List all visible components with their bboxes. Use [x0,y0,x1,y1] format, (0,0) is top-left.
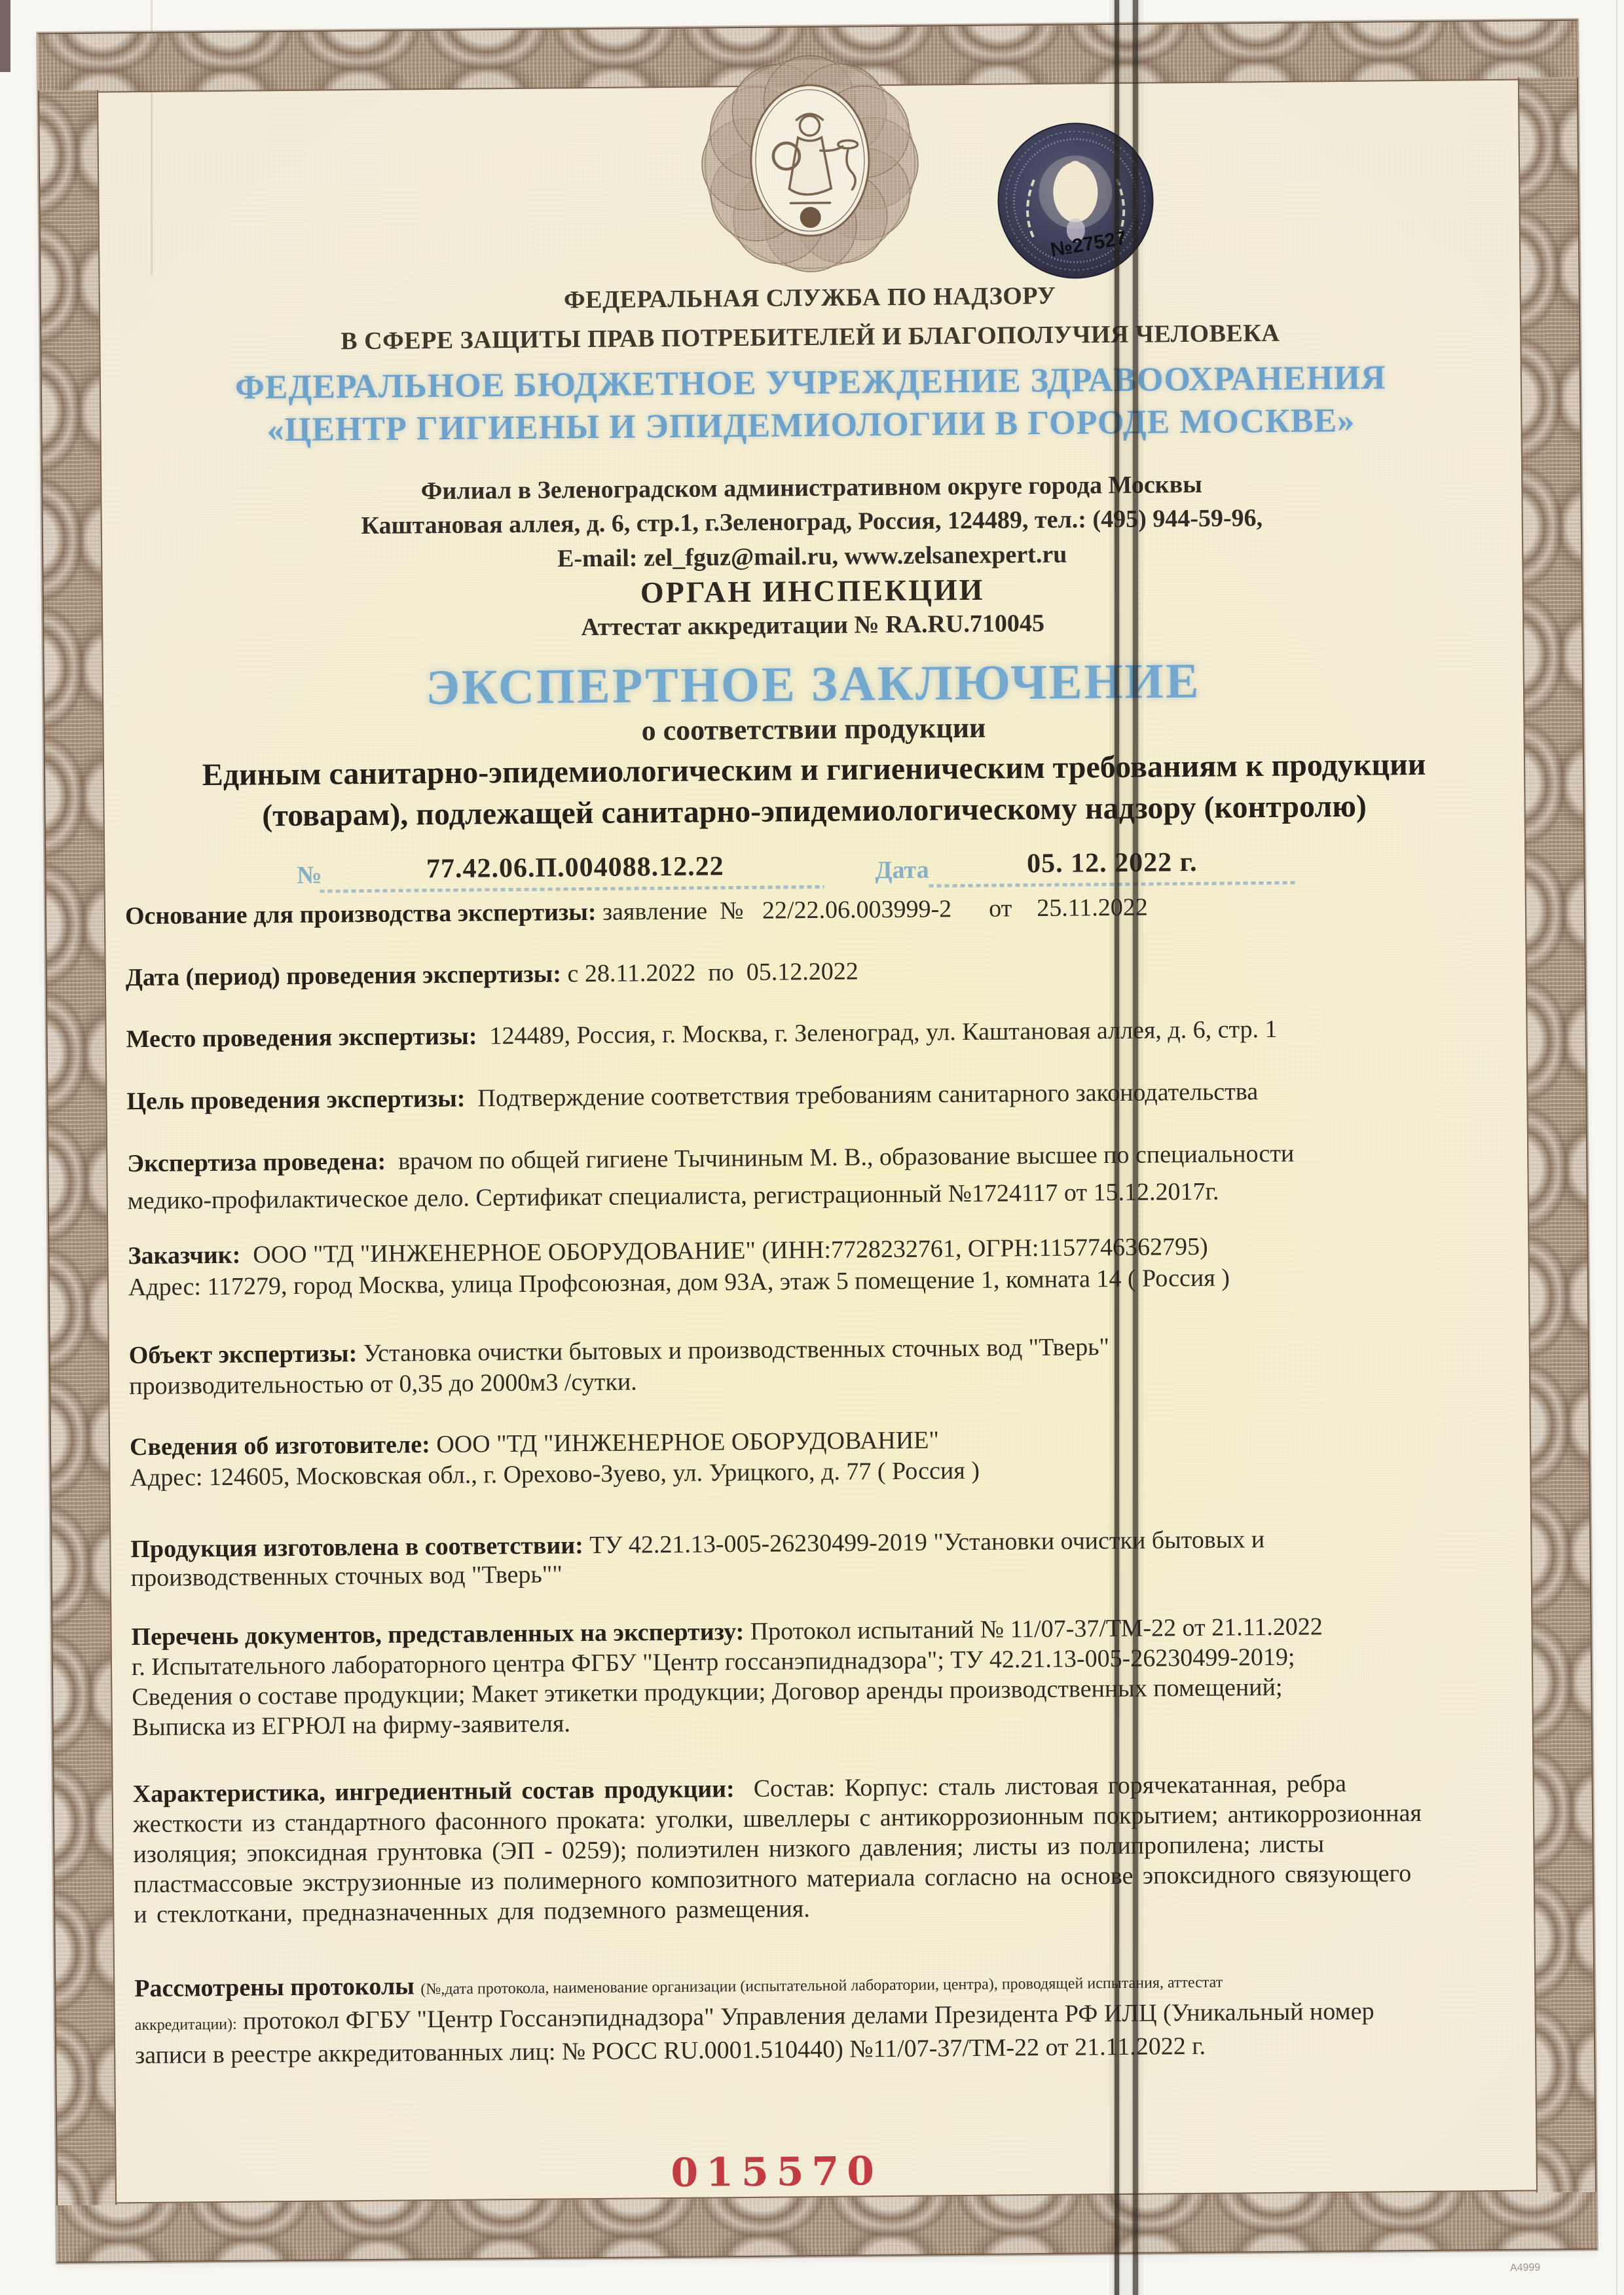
form-code: A4999 [1510,2262,1541,2275]
scan-fold-line-left [1115,0,1119,2295]
section-cel: Цель проведения экспертизы: Подтверждени… [126,1071,1515,1120]
section-produkciya: Продукция изготовлена в соответствии: ТУ… [130,1523,1519,1592]
section-harakteristika: Характеристика, ингредиентный состав про… [132,1767,1522,1930]
date-label: Дата [875,855,929,885]
certificate-document: №27527 ФЕДЕРАЛЬНАЯ СЛУЖБА ПО НАДЗОРУ В С… [37,20,1597,2263]
section-svedeniya: Сведения об изготовителе: ООО "ТД "ИНЖЕН… [130,1420,1519,1494]
scan-edge-shadow [1616,0,1617,2295]
scanned-certificate-page: №27527 ФЕДЕРАЛЬНАЯ СЛУЖБА ПО НАДЗОРУ В С… [0,0,1624,2295]
serial-number: 015570 [331,2146,1222,2199]
section-ekspertiza: Экспертиза проведена: врачом по общей ги… [127,1133,1516,1220]
requirements-line2: (товарам), подлежащей санитарно-эпидемио… [44,786,1584,836]
certificate-content: №27527 ФЕДЕРАЛЬНАЯ СЛУЖБА ПО НАДЗОРУ В С… [37,20,1597,2263]
section-data_period: Дата (период) проведения экспертизы: с 2… [126,947,1514,997]
number-underline [320,885,824,893]
hygieia-rosette-emblem-icon [697,52,922,276]
section-rassmotreny: Рассмотрены протоколы (№,дата протокола,… [134,1962,1523,2070]
scan-fold-line-right [1133,0,1138,2295]
section-osnovanie: Основание для производства экспертизы: з… [125,886,1513,935]
address-line: Каштановая аллея, д. 6, стр.1, г.Зеленог… [42,501,1582,543]
section-perechen: Перечень документов, представленных на э… [131,1610,1521,1742]
section-zakazchik: Заказчик: ООО "ТД "ИНЖЕНЕРНОЕ ОБОРУДОВАН… [128,1228,1517,1303]
institution-name-line2: «ЦЕНТР ГИГИЕНЫ И ЭПИДЕМИОЛОГИИ В ГОРОДЕ … [41,399,1581,452]
number-value: 77.42.06.П.004088.12.22 [326,850,824,886]
paper-crease [151,0,153,275]
section-mesto: Место проведения экспертизы: 124489, Рос… [126,1009,1514,1058]
requirements-line1: Единым санитарно-эпидемиологическим и ги… [44,745,1584,795]
section-obyekt: Объект экспертизы: Установка очистки быт… [129,1329,1518,1402]
corner-smudge [0,0,10,72]
federal-service-line2: В СФЕРЕ ЗАЩИТЫ ПРАВ ПОТРЕБИТЕЛЕЙ И БЛАГО… [40,316,1580,359]
federal-service-line1: ФЕДЕРАЛЬНАЯ СЛУЖБА ПО НАДЗОРУ [40,277,1580,320]
body-sections: Основание для производства экспертизы: з… [37,20,1578,33]
number-label: № [297,861,322,890]
